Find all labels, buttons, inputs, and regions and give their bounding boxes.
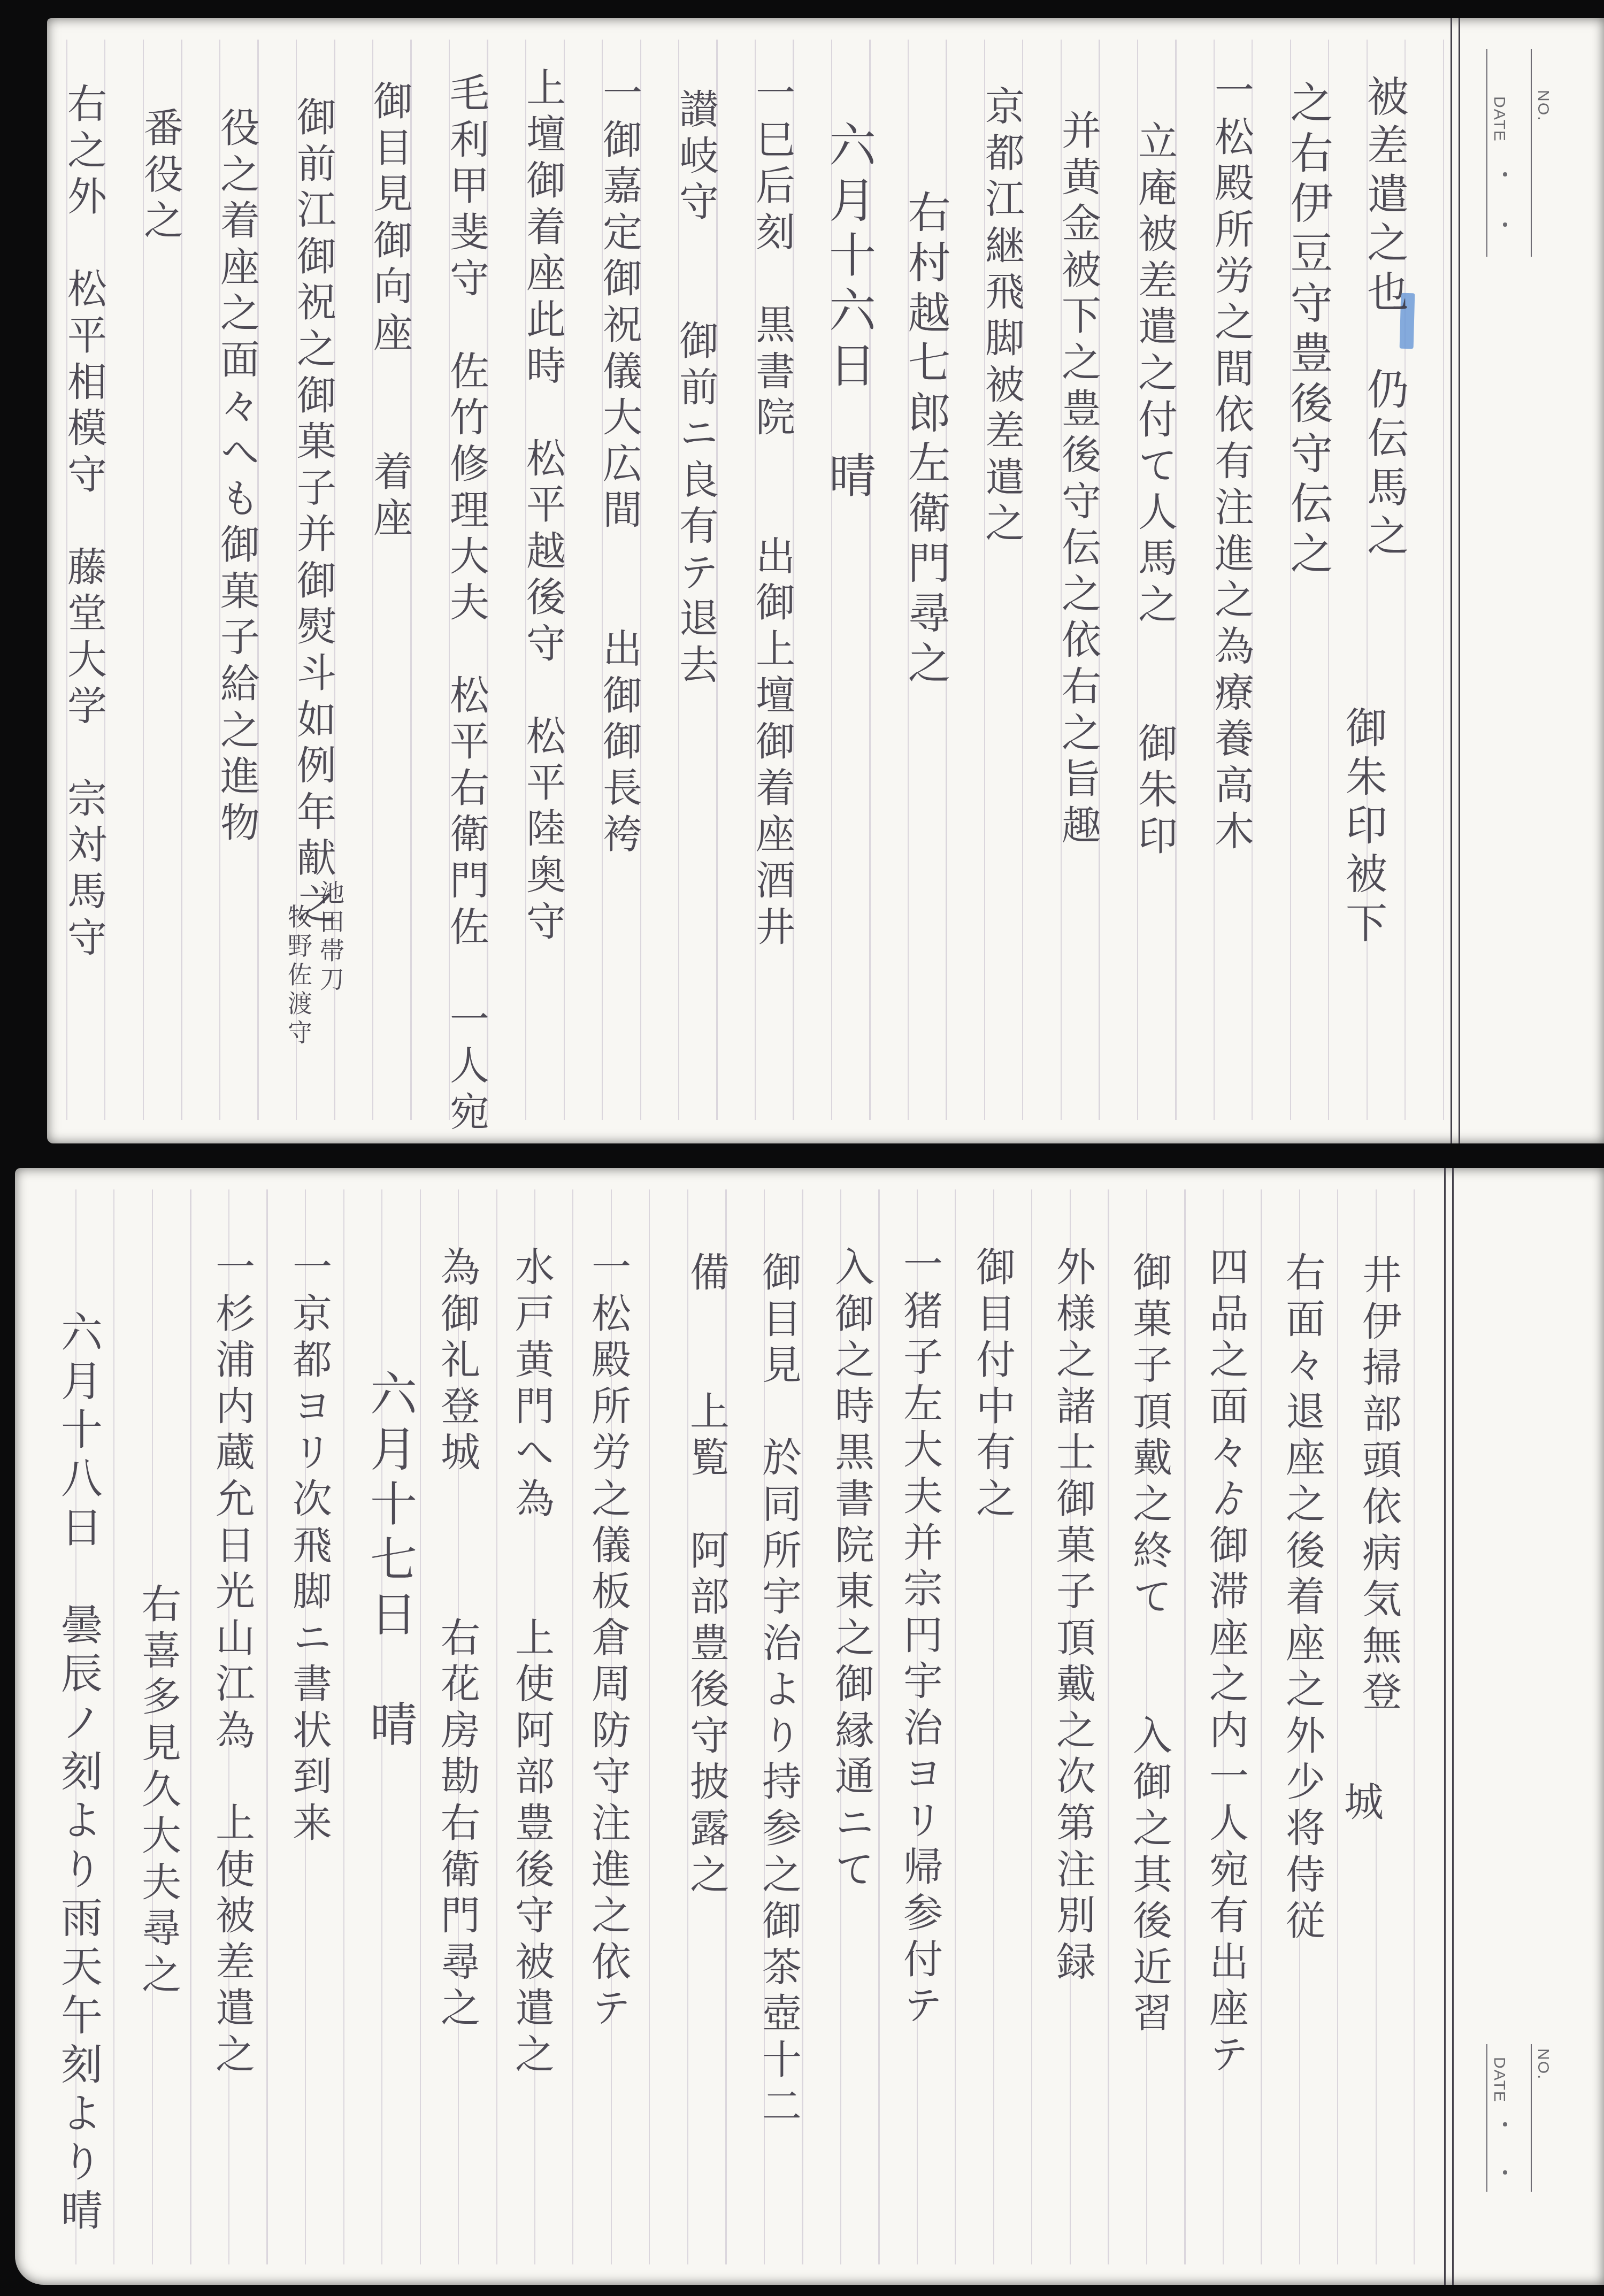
handwritten-column: 右面々退座之後着座之外少将侍従 — [1283, 1251, 1322, 1946]
handwritten-column: 一松殿所労之儀板倉周防守注進之依テ — [588, 1246, 628, 2033]
handwritten-column: 六月十八日 曇辰ノ刻より雨天午刻より晴 — [57, 1310, 99, 2238]
handwritten-column: 右村越七郎左衛門尋之 — [904, 190, 947, 690]
handwriting-layer: 被差遣之也 仍伝馬之御朱印被下之右伊豆守豊後守伝之一松殿所労之間依有注進之為療養… — [0, 0, 1604, 2296]
handwritten-column: 御前江御祝之御菓子并御熨斗如例年献之 — [294, 96, 333, 930]
handwritten-column: 六月十七日 晴 — [366, 1369, 413, 1755]
handwritten-column: 一松殿所労之間依有注進之為療養高木 — [1211, 70, 1251, 857]
handwritten-column: 立庵被差遣之付て人馬之 御朱印 — [1135, 120, 1175, 861]
handwritten-column: 被差遣之也 仍伝馬之 — [1363, 75, 1405, 563]
handwritten-column: 牧野佐渡守 — [286, 904, 311, 1048]
handwritten-column: 御菓子頂戴之終て 入御之其後近習 — [1130, 1251, 1169, 2039]
handwritten-column: 一杉浦内蔵允日光山江為 上使被差遣之 — [212, 1246, 252, 2079]
handwritten-column: 右喜多見久大夫尋之 — [139, 1583, 178, 2000]
handwritten-column: 為御礼登城 右花房勘右衛門尋之 — [438, 1246, 477, 2033]
handwritten-column: 入御之時黒書院東之御縁通ニて — [832, 1246, 871, 1894]
handwritten-column: 毛利甲斐守 佐竹修理大夫 松平右衛門佐 一人宛 — [447, 72, 486, 1137]
handwritten-column: 四品之面々ゟ御滞座之内一人宛有出座テ — [1206, 1246, 1246, 2079]
handwritten-column: 之右伊豆守豊後守伝之 — [1286, 80, 1329, 581]
handwritten-column: 一京都ヨリ次飛脚ニ書状到来 — [289, 1246, 329, 1848]
handwritten-column: 御目見御向座 着座 — [370, 80, 410, 543]
handwritten-column: 六月十六日 晴 — [825, 120, 872, 506]
handwritten-column: 御目付中有之 — [973, 1246, 1012, 1524]
handwritten-column: 一巳后刻 黒書院 出御上壇御着座酒井 — [753, 72, 792, 952]
handwritten-column: 御目見 於同所宇治より持参之御茶壺十二 — [759, 1251, 799, 2131]
handwritten-column: 京都江継飛脚被差遣之 — [982, 86, 1022, 549]
handwritten-column: 右之外 松平相模守 藤堂大学 宗対馬守 — [64, 83, 104, 963]
handwritten-column: 外様之諸士御菓子頂戴之次第注別録 — [1053, 1246, 1093, 1987]
handwritten-column: 御朱印被下 — [1342, 706, 1384, 950]
notebook-scan: NO. DATE NO. DATE 被差遣之也 仍伝馬之御朱印被下之右伊豆守豊後… — [0, 0, 1604, 2296]
handwritten-column: 城 — [1341, 1781, 1380, 1827]
handwritten-column: 役之着座之面々へも御菓子給之進物 — [217, 107, 257, 848]
handwritten-column: 備 上覧 阿部豊後守披露之 — [687, 1251, 726, 1900]
handwritten-column: 一猪子左大夫并宗円宇治ヨリ帰参付テ — [900, 1243, 940, 2031]
handwritten-column: 一御嘉定御祝儀大広間 出御御長袴 — [600, 72, 639, 859]
handwritten-column: 井伊掃部頭依病気無登 — [1359, 1254, 1399, 1717]
handwritten-column: 番役之 — [141, 107, 180, 246]
handwritten-column: 讃岐守 御前ニ良有テ退去 — [676, 88, 716, 690]
handwritten-column: 并黄金被下之豊後守伝之依右之旨趣 — [1058, 110, 1098, 850]
handwritten-column: 水戸黄門へ為 上使阿部豊後守被遣之 — [512, 1246, 551, 2079]
handwritten-column: 池田帯刀 — [318, 880, 343, 995]
handwritten-column: 上壇御着座此時 松平越後守 松平陸奥守 — [523, 67, 563, 947]
